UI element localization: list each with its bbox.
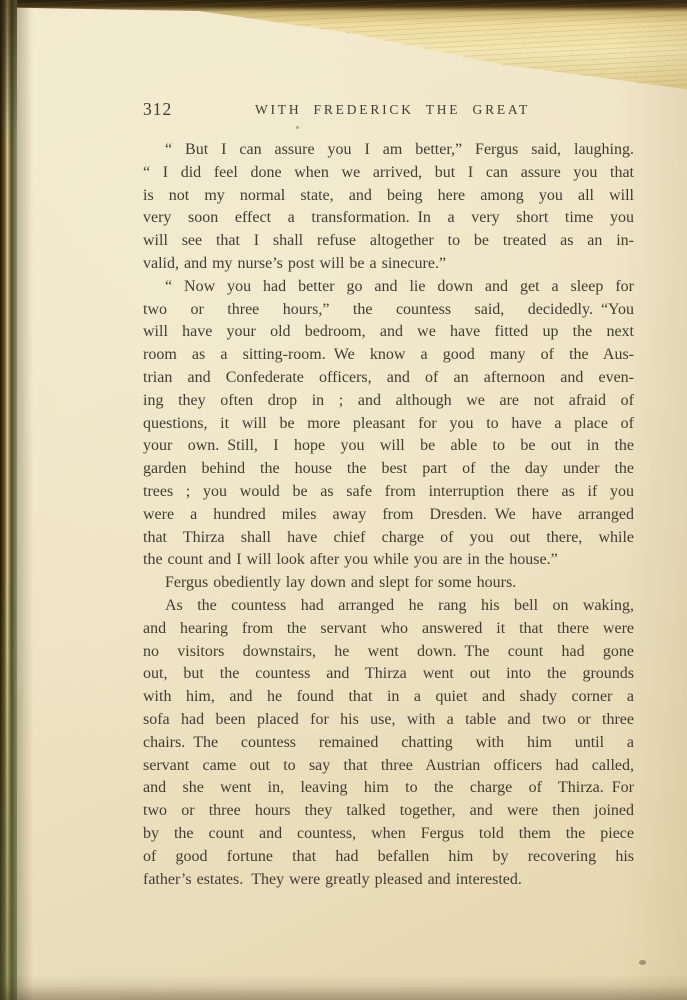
text-line: valid, and my nurse’s post will be a sin… bbox=[143, 253, 634, 276]
text-line: by the count and countess, when Fergus t… bbox=[143, 823, 634, 846]
text-line: sofa had been placed for his use, with a… bbox=[143, 709, 634, 732]
text-line: trees ; you would be as safe from interr… bbox=[143, 481, 634, 504]
text-line: will see that I shall refuse altogether … bbox=[143, 230, 634, 253]
book-page-photo: 312 WITH FREDERICK THE GREAT “ But I can… bbox=[0, 0, 687, 1000]
page-number: 312 bbox=[143, 99, 172, 120]
gutter-shadow bbox=[17, 0, 33, 1000]
text-line: will have your old bedroom, and we have … bbox=[143, 321, 634, 344]
text-line: questions, it will be more pleasant for … bbox=[143, 413, 634, 436]
text-line: two or three hours they talked together,… bbox=[143, 800, 634, 823]
text-line: ing they often drop in ; and although we… bbox=[143, 390, 634, 413]
page-text: “ But I can assure you I am better,” Fer… bbox=[143, 139, 634, 891]
text-line: servant came out to say that three Austr… bbox=[143, 755, 634, 778]
text-line: of good fortune that had befallen him by… bbox=[143, 846, 634, 869]
page-bottom-edges bbox=[0, 947, 687, 992]
text-line: “ But I can assure you I am better,” Fer… bbox=[143, 139, 634, 162]
text-line: father’s estates. They were greatly plea… bbox=[143, 869, 634, 892]
text-line: chairs. The countess remained chatting w… bbox=[143, 732, 634, 755]
text-line: were a hundred miles away from Dresden. … bbox=[143, 504, 634, 527]
text-line: no visitors downstairs, he went down. Th… bbox=[143, 641, 634, 664]
text-line: room as a sitting-room. We know a good m… bbox=[143, 344, 634, 367]
book-spine-edge bbox=[0, 0, 17, 1000]
text-line: out, but the countess and Thirza went ou… bbox=[143, 663, 634, 686]
page-content: 312 WITH FREDERICK THE GREAT “ But I can… bbox=[143, 0, 634, 891]
text-line: that Thirza shall have chief charge of y… bbox=[143, 527, 634, 550]
text-line: two or three hours,” the countess said, … bbox=[143, 299, 634, 322]
text-line: and hearing from the servant who answere… bbox=[143, 618, 634, 641]
text-line: and she went in, leaving him to the char… bbox=[143, 777, 634, 800]
running-title: WITH FREDERICK THE GREAT bbox=[143, 99, 634, 120]
text-line: Fergus obediently lay down and slept for… bbox=[143, 572, 634, 595]
text-line: with him, and he found that in a quiet a… bbox=[143, 686, 634, 709]
text-line: trian and Confederate officers, and of a… bbox=[143, 367, 634, 390]
text-line: garden behind the house the best part of… bbox=[143, 458, 634, 481]
text-line: very soon effect a transformation. In a … bbox=[143, 207, 634, 230]
text-line: As the countess had arranged he rang his… bbox=[143, 595, 634, 618]
page-header: 312 WITH FREDERICK THE GREAT bbox=[143, 99, 634, 120]
text-line: “ Now you had better go and lie down and… bbox=[143, 276, 634, 299]
text-line: your own. Still, I hope you will be able… bbox=[143, 435, 634, 458]
text-line: “ I did feel done when we arrived, but I… bbox=[143, 162, 634, 185]
text-line: is not my normal state, and being here a… bbox=[143, 185, 634, 208]
text-line: the count and I will look after you whil… bbox=[143, 549, 634, 572]
